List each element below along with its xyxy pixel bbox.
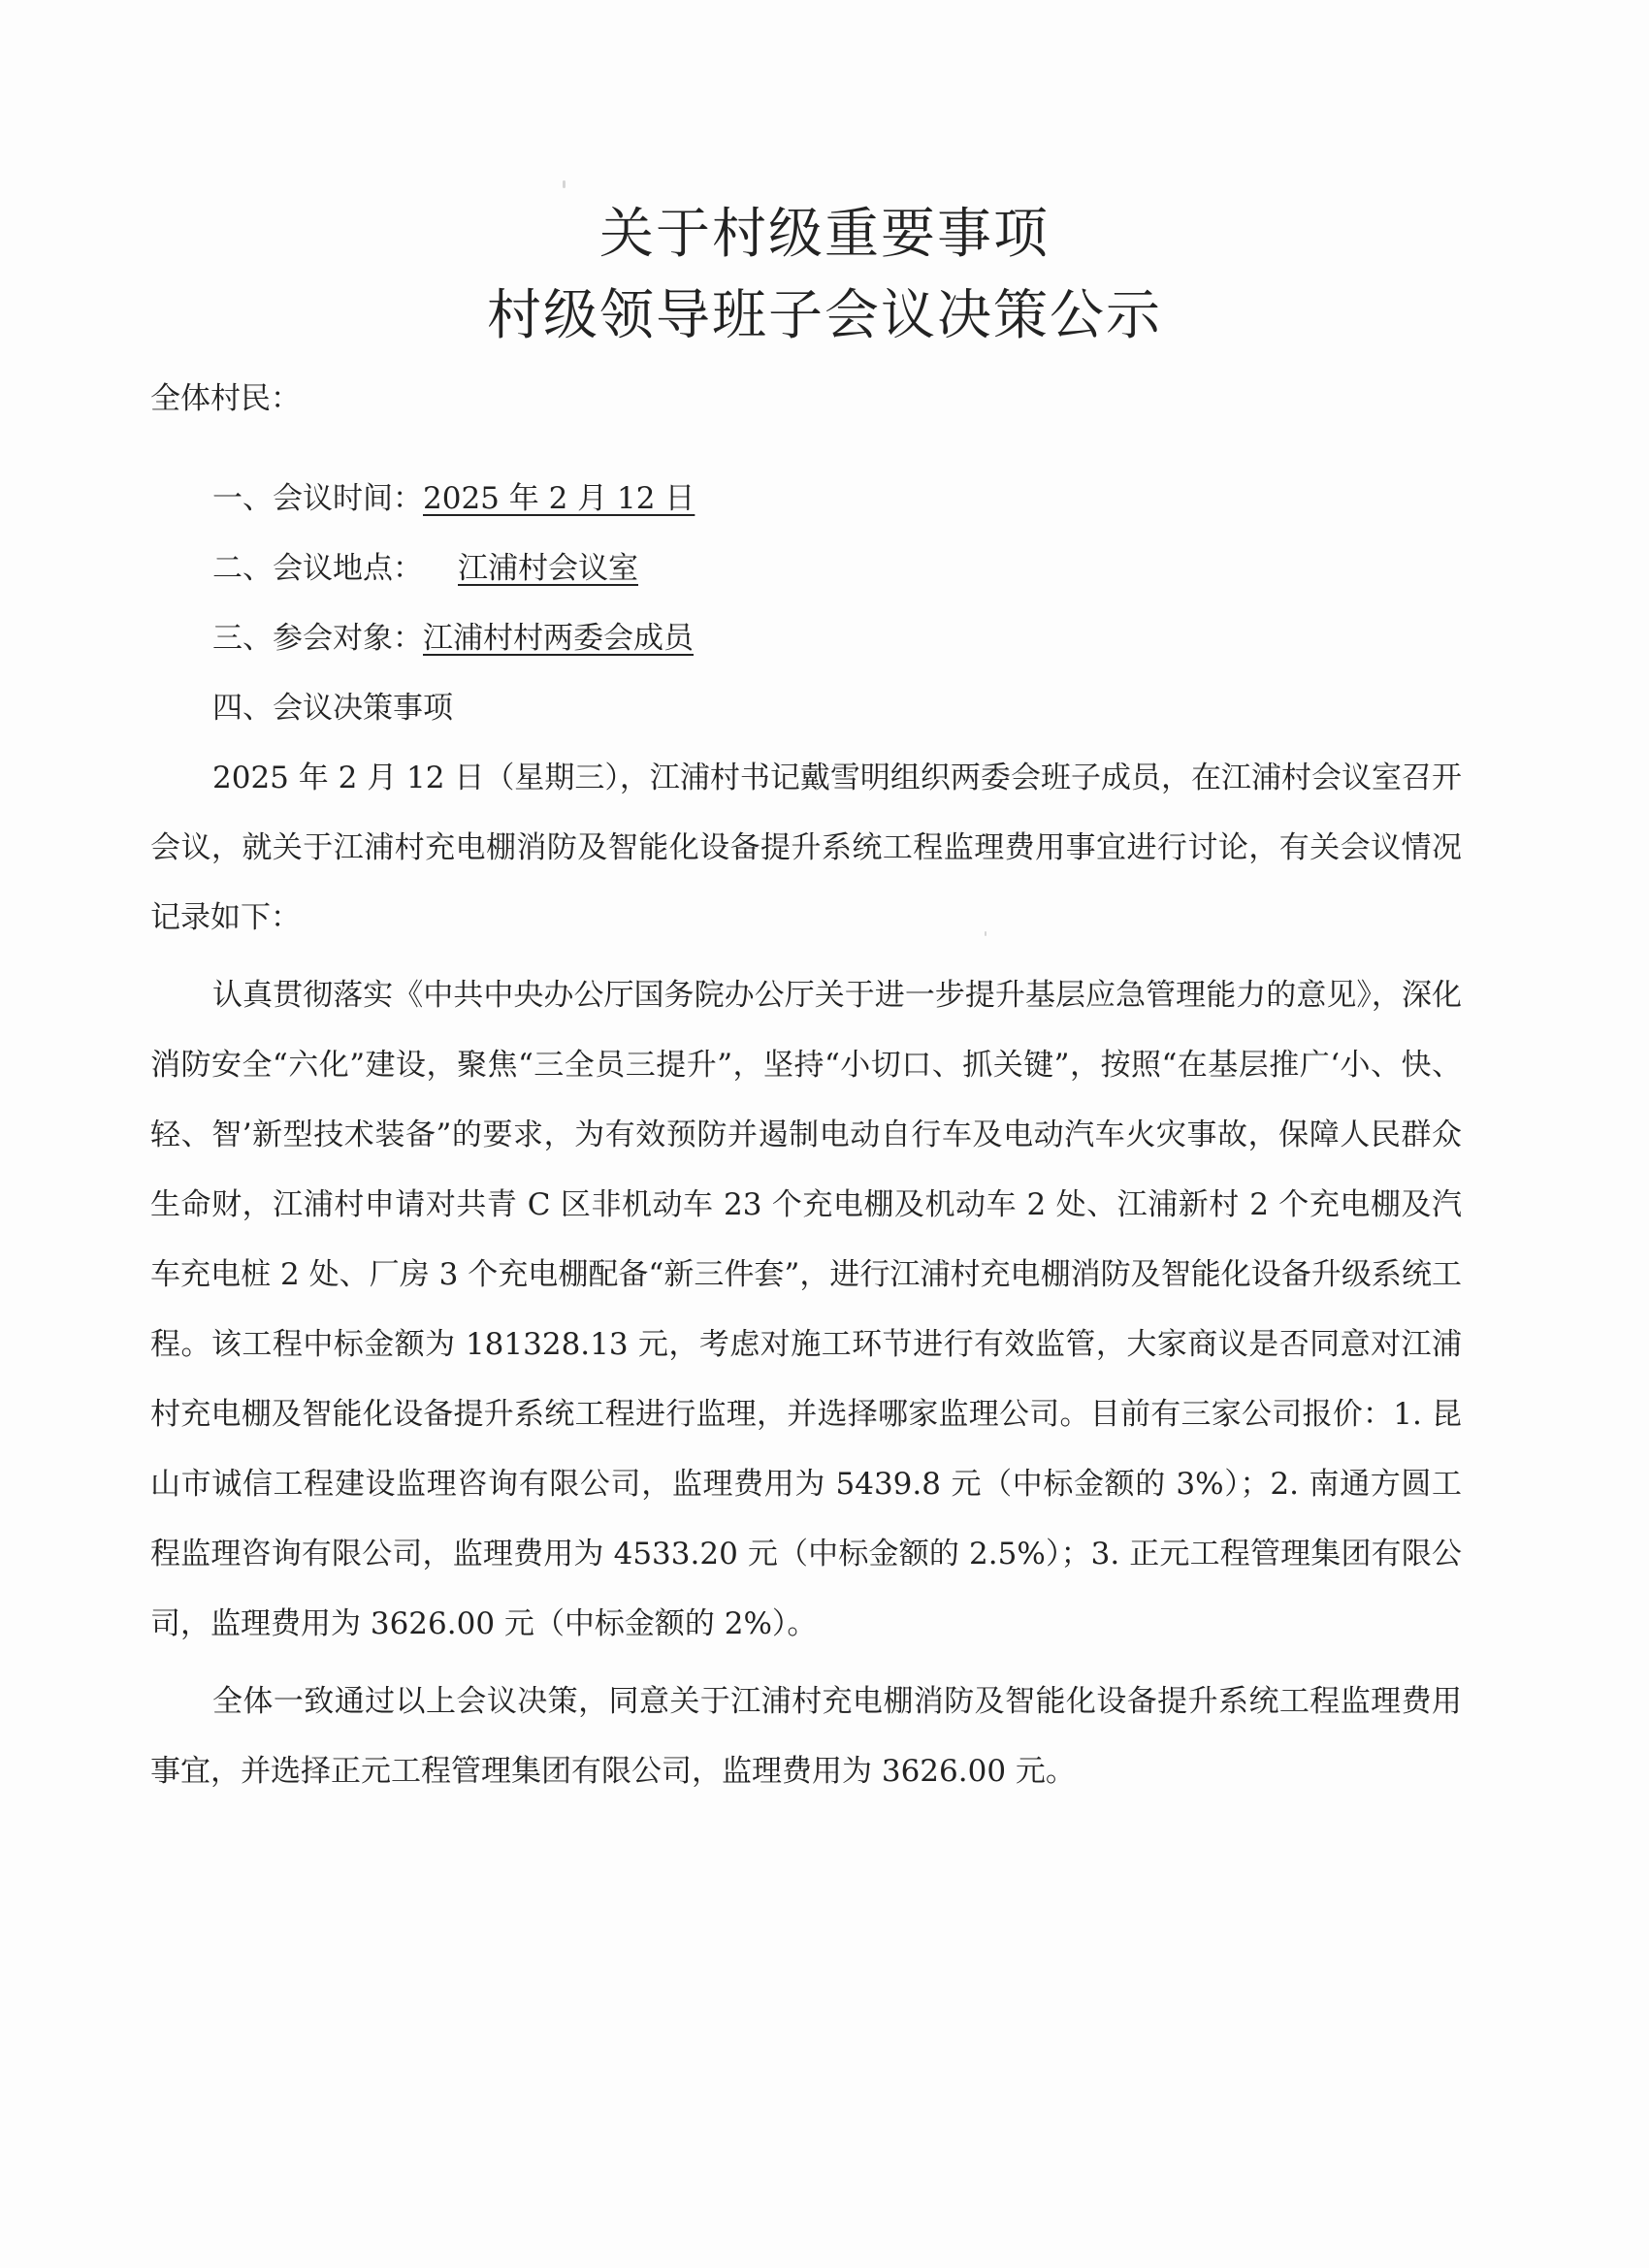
paragraph-project-details: 认真贯彻落实《中共中央办公厅国务院办公厅关于进一步提升基层应急管理能力的意见》，…	[150, 960, 1462, 1659]
item-label: 四、会议决策事项	[212, 691, 453, 726]
attendees-value: 江浦村村两委会成员	[423, 621, 694, 656]
item-attendees: 三、参会对象：江浦村村两委会成员	[150, 603, 1462, 673]
paragraph-meeting-summary: 2025 年 2 月 12 日（星期三），江浦村书记戴雪明组织两委会班子成员，在…	[150, 743, 1462, 953]
document-body: 全体村民： 一、会议时间：2025 年 2 月 12 日 二、会议地点：江浦村会…	[150, 371, 1462, 1806]
document-title: 关于村级重要事项 村级领导班子会议决策公示	[0, 194, 1649, 357]
title-line-1: 关于村级重要事项	[0, 194, 1649, 275]
scan-speck	[563, 180, 566, 188]
paragraph-resolution: 全体一致通过以上会议决策，同意关于江浦村充电棚消防及智能化设备提升系统工程监理费…	[150, 1667, 1462, 1806]
item-meeting-time: 一、会议时间：2025 年 2 月 12 日	[150, 464, 1462, 534]
item-decision-matters: 四、会议决策事项	[150, 673, 1462, 743]
item-meeting-location: 二、会议地点：江浦村会议室	[150, 534, 1462, 603]
salutation: 全体村民：	[150, 371, 1462, 440]
item-label: 二、会议地点：	[212, 551, 423, 586]
meeting-time-value: 2025 年 2 月 12 日	[423, 481, 695, 516]
item-label: 三、参会对象：	[212, 621, 423, 656]
scanned-page: 关于村级重要事项 村级领导班子会议决策公示 全体村民： 一、会议时间：2025 …	[0, 0, 1649, 2268]
meeting-location-value: 江浦村会议室	[423, 551, 673, 586]
title-line-2: 村级领导班子会议决策公示	[0, 275, 1649, 357]
item-label: 一、会议时间：	[212, 481, 423, 516]
